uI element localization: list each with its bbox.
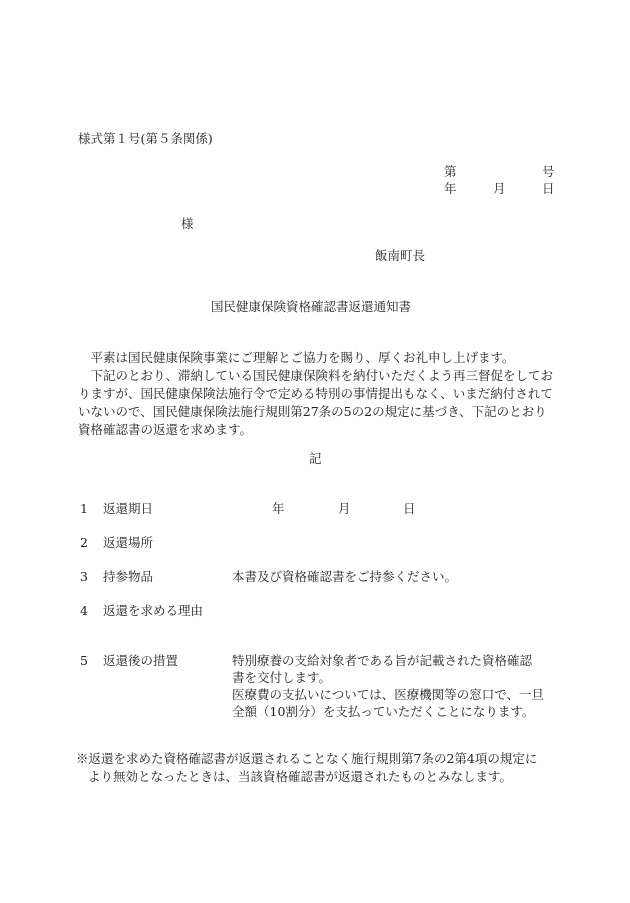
item-label: 持参物品	[103, 571, 153, 584]
item-value: 本書及び資格確認書をご持参ください。	[232, 571, 457, 584]
item-number: 1	[80, 503, 88, 516]
doc-number-prefix: 第	[444, 166, 457, 179]
item-value-line: 全額（10割分）を支払っていただくことになります。	[232, 706, 534, 719]
item-number: 3	[80, 571, 88, 584]
return-date-day: 日	[403, 503, 416, 516]
body-paragraph-2: 下記のとおり、滞納している国民健康保険料を納付いただくよう再三督促をしております…	[78, 367, 558, 439]
item-number: 4	[80, 605, 88, 618]
form-id: 様式第１号(第５条関係)	[78, 133, 213, 146]
item-value-line: 医療費の支払いについては、医療機関等の窓口で、一旦	[232, 689, 544, 702]
issuer: 飯南町長	[375, 250, 425, 263]
note-line-1: ※返還を求めた資格確認書が返還されることなく施行規則第7条の2第4項の規定に	[76, 753, 537, 766]
document-title: 国民健康保険資格確認書返還通知書	[211, 301, 411, 314]
date-year: 年	[444, 183, 457, 196]
body-paragraph-1: 平素は国民健康保険事業にご理解とご協力を賜り、厚くお礼申し上げます。	[78, 349, 558, 367]
return-date-year: 年	[272, 503, 285, 516]
ki-heading: 記	[309, 453, 322, 466]
item-label: 返還を求める理由	[103, 605, 203, 618]
doc-number-suffix: 号	[542, 166, 555, 179]
item-value-line: 特別療養の支給対象者である旨が記載された資格確認	[232, 655, 532, 668]
date-month: 月	[493, 183, 506, 196]
note-line-2: より無効となったときは、当該資格確認書が返還されたものとみなします。	[88, 771, 512, 784]
item-value-line: 書を交付します。	[232, 672, 331, 685]
item-number: 2	[80, 537, 88, 550]
return-date-month: 月	[338, 503, 351, 516]
item-number: 5	[80, 655, 88, 668]
item-label: 返還場所	[103, 537, 153, 550]
date-day: 日	[542, 183, 555, 196]
addressee-suffix: 様	[181, 218, 194, 231]
item-label: 返還期日	[103, 503, 153, 516]
item-label: 返還後の措置	[103, 655, 178, 668]
